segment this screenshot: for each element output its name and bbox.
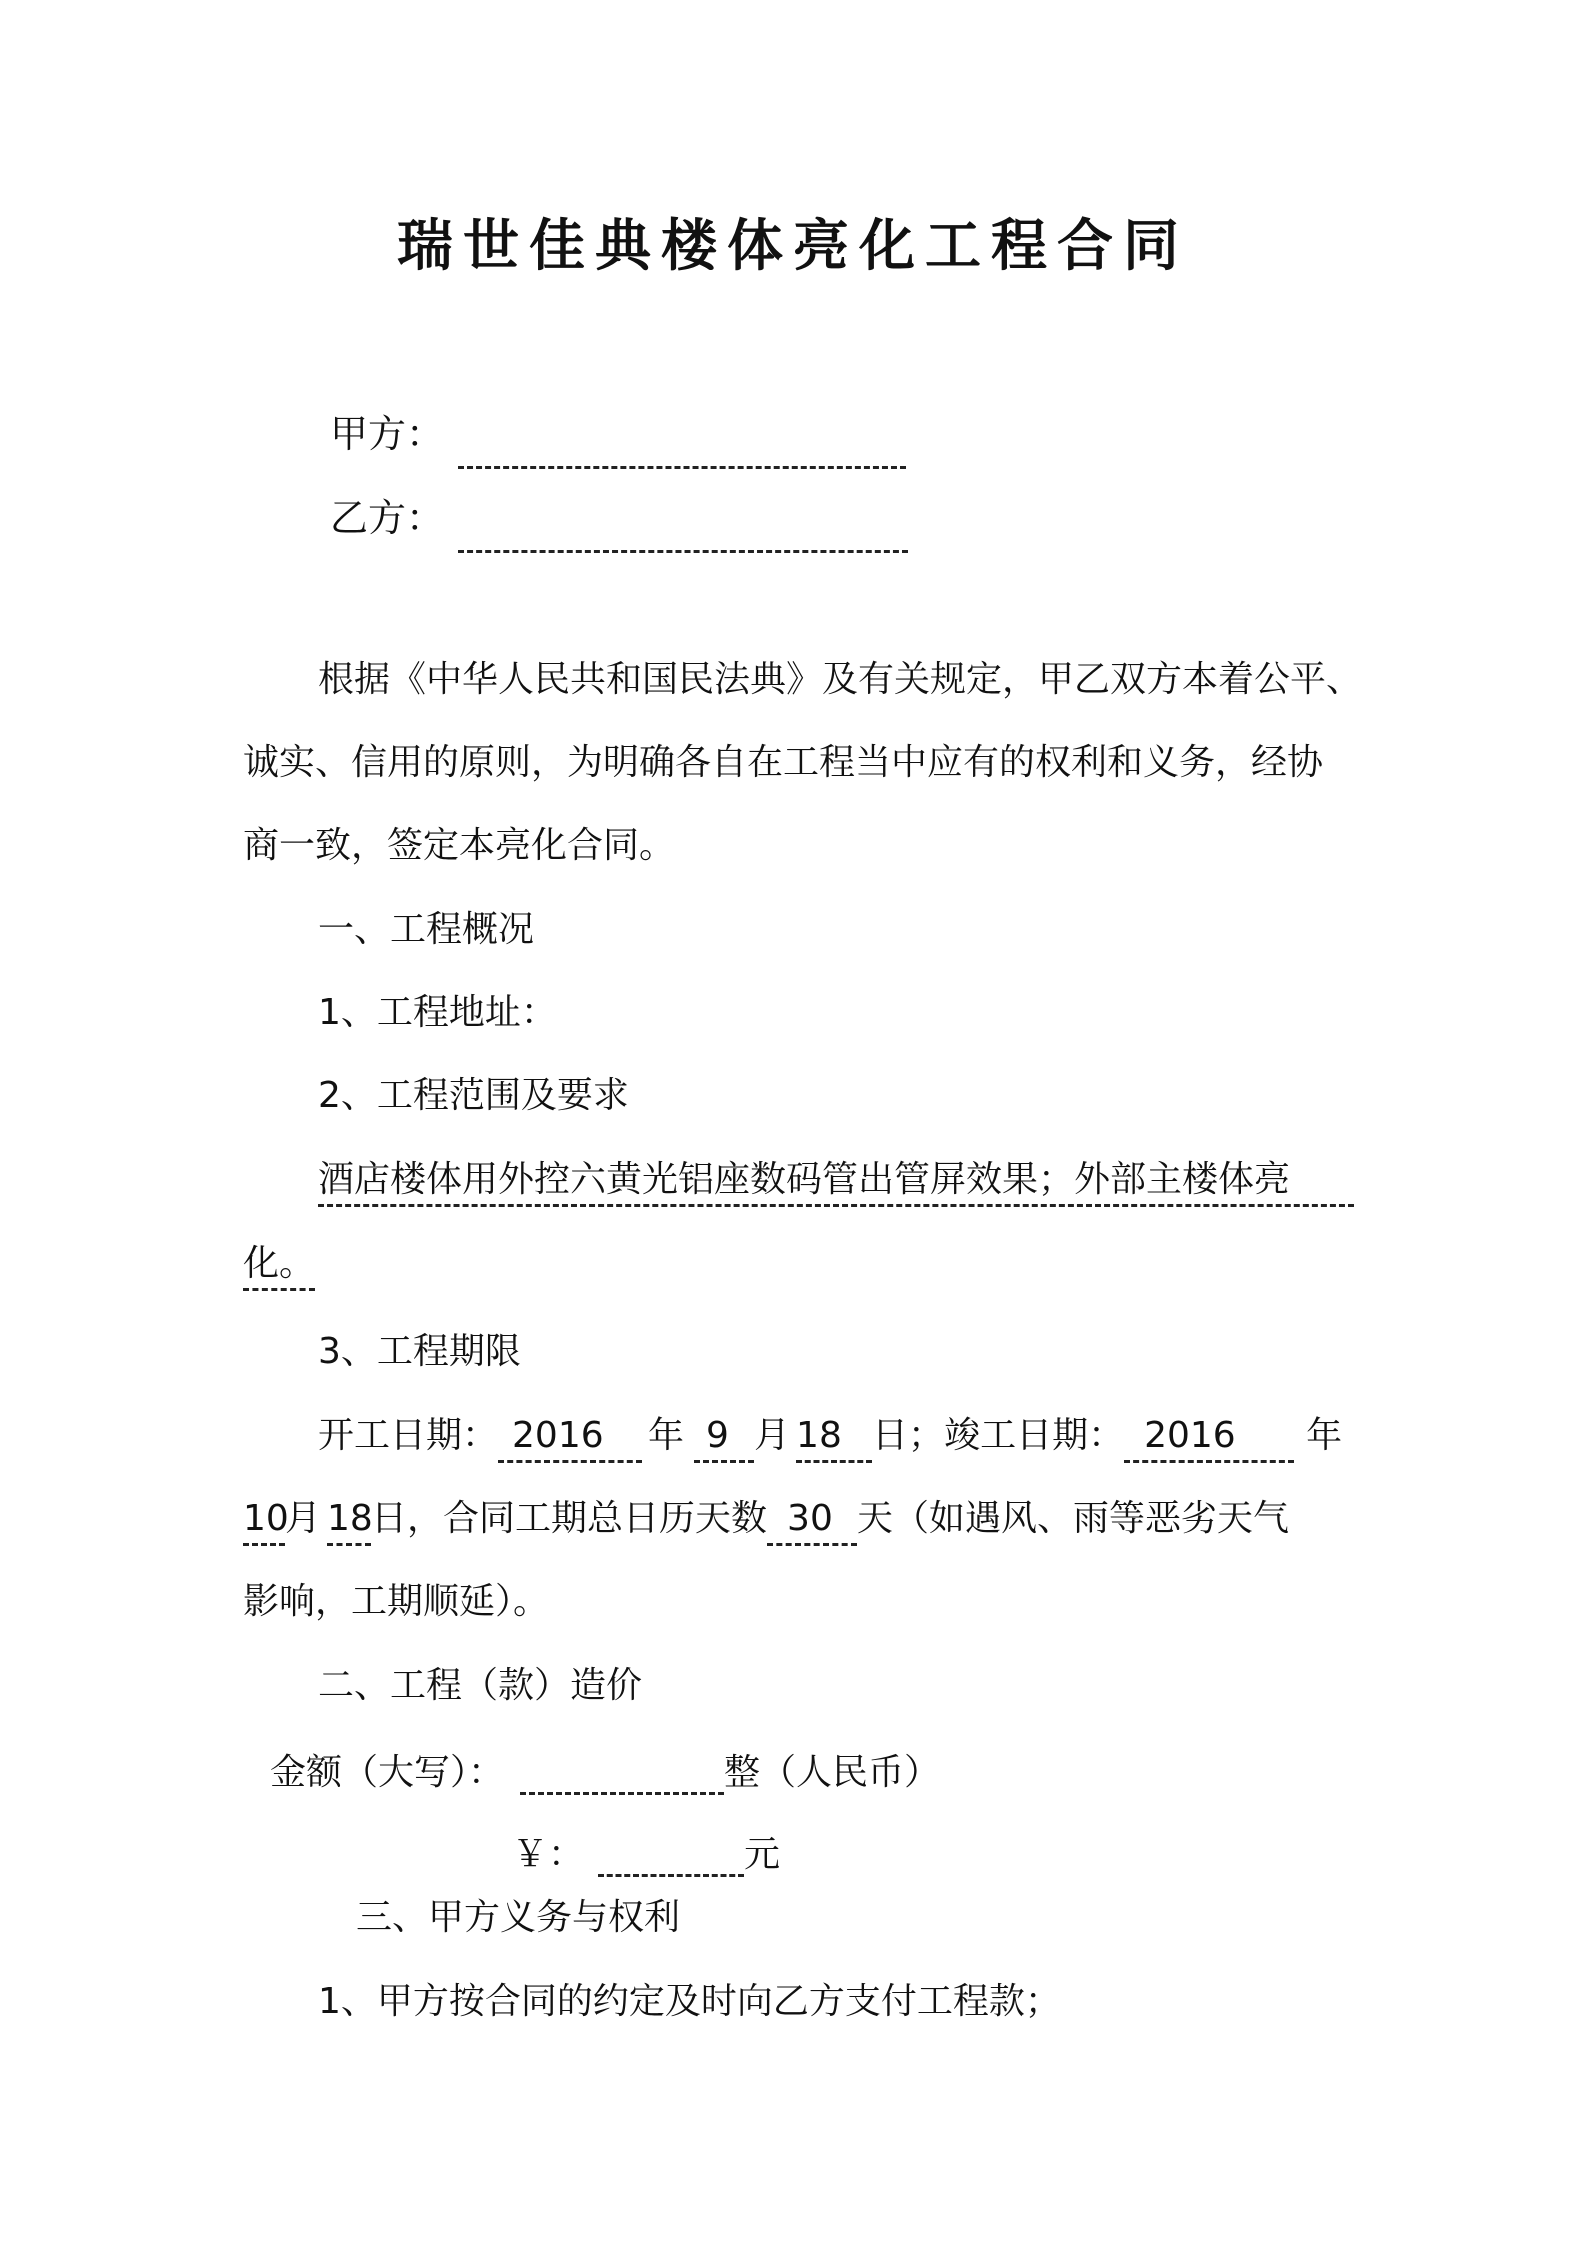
scope-text-1: 酒店楼体用外控六黄光铝座数码管出管屏效果；外部主楼体亮 — [318, 1160, 1354, 1207]
amount-words-line: 金额（大写）：整（人民币） — [270, 1748, 940, 1795]
day-char-end: 日 — [371, 1498, 407, 1539]
preamble-line-2: 诚实、信用的原则，为明确各自在工程当中应有的权利和义务，经协 — [243, 741, 1323, 785]
amount-words-label: 金额（大写）： — [270, 1752, 504, 1793]
duration-prefix: ，合同工期总日历天数 — [407, 1498, 767, 1539]
duration-days-field[interactable]: 30 — [767, 1499, 857, 1546]
duration-suffix: 天（如遇风、雨等恶劣天气 — [857, 1498, 1289, 1539]
scope-line-1: 酒店楼体用外控六黄光铝座数码管出管屏效果；外部主楼体亮 — [318, 1158, 1354, 1207]
document-title: 瑞世佳典楼体亮化工程合同 — [0, 212, 1586, 282]
start-month-field[interactable]: 9 — [694, 1416, 754, 1463]
party-a-field[interactable] — [458, 466, 906, 469]
duration-line-3: 影响，工期顺延）。 — [243, 1580, 549, 1624]
start-date-label: 开工日期： — [318, 1415, 498, 1456]
year-char-end: 年 — [1306, 1415, 1342, 1456]
year-char: 年 — [648, 1415, 684, 1456]
yen-suffix: 元 — [744, 1834, 780, 1875]
party-b-label: 乙方： — [330, 496, 444, 540]
end-month-field[interactable]: 10 — [243, 1499, 285, 1546]
project-period-heading: 3、工程期限 — [318, 1330, 521, 1374]
day-sep: 日； — [872, 1415, 944, 1456]
end-date-label: 竣工日期： — [944, 1415, 1124, 1456]
party-b-field[interactable] — [458, 550, 908, 553]
party-a-label: 甲方： — [330, 412, 444, 456]
month-char: 月 — [754, 1415, 790, 1456]
start-day-field[interactable]: 18 — [796, 1416, 872, 1463]
start-date-line: 开工日期：2016年9月18日；竣工日期：2016年 — [318, 1414, 1342, 1463]
amount-words-field[interactable] — [520, 1748, 724, 1795]
scope-text-2: 化。 — [243, 1244, 315, 1291]
project-address-label: 1、工程地址： — [318, 991, 557, 1035]
preamble-line-1: 根据《中华人民共和国民法典》及有关规定，甲乙双方本着公平、 — [318, 658, 1362, 702]
scope-heading: 2、工程范围及要求 — [318, 1074, 629, 1118]
amount-yen-field[interactable] — [598, 1830, 744, 1877]
section-3-heading: 三、甲方义务与权利 — [356, 1896, 680, 1940]
section-1-heading: 一、工程概况 — [318, 908, 534, 952]
end-date-line: 10月18日，合同工期总日历天数30天（如遇风、雨等恶劣天气 — [243, 1497, 1289, 1546]
amount-yen-line: ￥：元 — [512, 1830, 780, 1877]
amount-words-suffix: 整（人民币） — [724, 1752, 940, 1793]
end-day-field[interactable]: 18 — [327, 1499, 371, 1546]
end-year-field[interactable]: 2016 — [1124, 1416, 1294, 1463]
section-3-item-1: 1、甲方按合同的约定及时向乙方支付工程款； — [318, 1980, 1061, 2024]
start-year-field[interactable]: 2016 — [498, 1416, 642, 1463]
yen-label: ￥： — [512, 1834, 584, 1875]
section-2-heading: 二、工程（款）造价 — [318, 1664, 642, 1708]
month-char-end: 月 — [285, 1498, 321, 1539]
preamble-line-3: 商一致，签定本亮化合同。 — [243, 824, 675, 868]
scope-line-2: 化。 — [243, 1242, 315, 1291]
